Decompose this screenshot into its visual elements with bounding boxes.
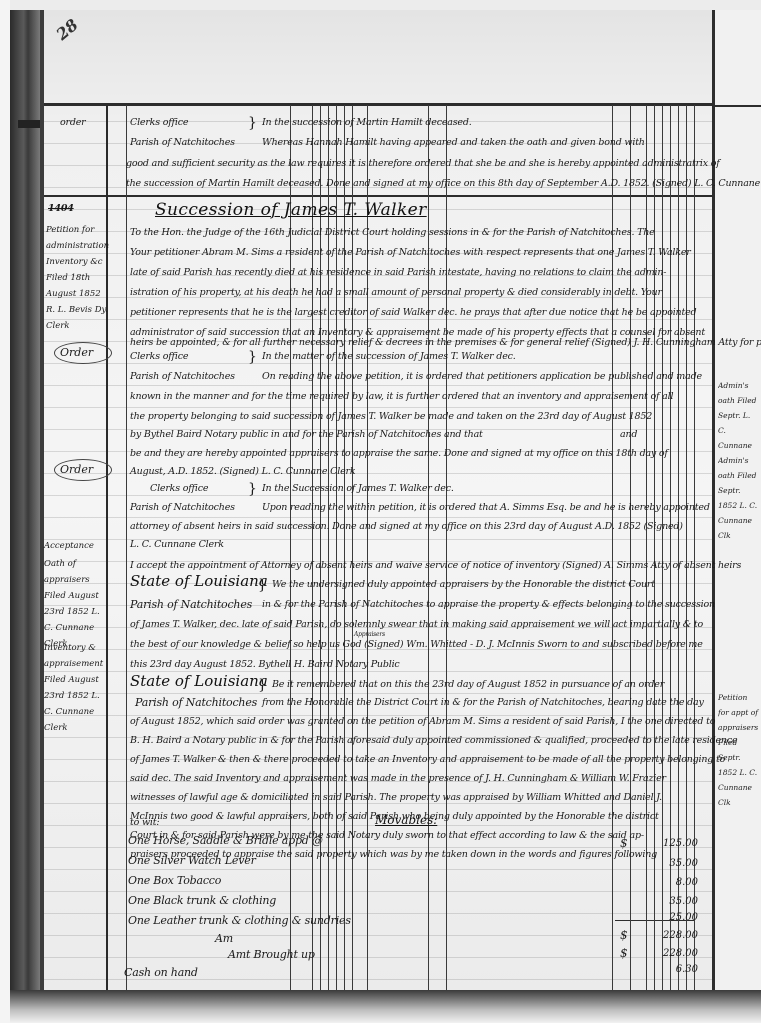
brought-up-label: Amt Brought up [228, 944, 315, 966]
oath-line: the best of our knowledge & belief so he… [130, 634, 703, 656]
order-oval [54, 459, 112, 481]
oath-line: of James T. Walker, dec. late of said Pa… [130, 614, 703, 636]
prior-left-2: Parish of Natchitoches [130, 132, 235, 154]
brace: } [248, 346, 257, 368]
facing-top-rule [712, 105, 761, 107]
prior-line-3: good and sufficient security as the law … [126, 153, 720, 175]
petition-line: istration of his property, at his death … [130, 282, 662, 304]
petition-line: late of said Parish has recently died at… [130, 262, 666, 284]
brace: } [258, 574, 267, 596]
inventory-item: One Box Tobacco [128, 870, 221, 892]
oath-parish: Parish of Natchitoches [130, 594, 252, 616]
cash-on-hand-label: Cash on hand [124, 962, 198, 984]
order-oval [54, 342, 112, 364]
item-amount: 35.00 [638, 858, 698, 869]
brace: } [248, 112, 257, 134]
order1-left-2: Parish of Natchitoches [130, 366, 235, 388]
oath-state: State of Louisiana [130, 572, 268, 590]
margin-note-petition: Petition for administration Inventory &c… [46, 222, 110, 334]
dollar-mark: $ [620, 928, 628, 942]
subtotal-amount: 228.00 [638, 930, 698, 941]
facing-page-note-oath: Admin's oath Filed Septr. L. C. Cunnane … [718, 378, 760, 543]
entry-number: 1404 [48, 198, 74, 220]
dollar-mark: $ [620, 946, 628, 960]
dollar-mark: $ [620, 836, 628, 850]
petition-line: To the Hon. the Judge of the 16th Judici… [130, 222, 655, 244]
oath-line: We the undersigned duly appointed apprai… [272, 574, 655, 596]
margin-note-oath: Oath of appraisers Filed August 23rd 185… [44, 556, 108, 652]
prior-line-4: the succession of Martin Hamilt deceased… [126, 173, 761, 195]
entry-title: Succession of James T. Walker [155, 200, 427, 220]
order2-line: L. C. Cunnane Clerk [130, 534, 224, 556]
inventory-state: State of Louisiana [130, 672, 268, 690]
oath-line: in & for the Parish of Natchitoches to a… [262, 594, 715, 616]
prior-line-1: In the succession of Martin Hamilt decea… [262, 112, 472, 134]
order1-line: On reading the above petition, it is ord… [262, 366, 702, 388]
page-bottom-shadow [10, 990, 761, 1023]
petition-line: petitioner represents that he is the lar… [130, 302, 696, 324]
left-margin-strip [0, 0, 10, 1023]
brace: } [248, 478, 257, 500]
prior-line-2: Whereas Hannah Hamilt having appeared an… [262, 132, 645, 154]
book-binding [10, 10, 40, 1010]
margin-column-rule-2 [126, 105, 127, 990]
order1-line: known in the manner and for the time req… [130, 386, 673, 408]
inventory-item: One Horse, Saddle & Bridle appd @ [128, 830, 323, 852]
cash-amount: 6.30 [638, 964, 698, 975]
item-amount: 8.00 [638, 877, 698, 888]
margin-label-order: order [60, 112, 86, 134]
petition-line: Your petitioner Abram M. Sims a resident… [130, 242, 691, 264]
order1-left-1: Clerks office [130, 346, 188, 368]
binding-band [18, 120, 40, 128]
inventory-item: One Black trunk & clothing [128, 890, 276, 912]
inventory-item: One Leather trunk & clothing & sundries [128, 910, 351, 932]
item-amount: 125.00 [638, 838, 698, 849]
prior-left-1: Clerks office [130, 112, 188, 134]
inventory-item: One Silver Watch Lever [128, 850, 256, 872]
order1-line: In the matter of the succession of James… [262, 346, 516, 368]
item-amount: 25.00 [638, 912, 698, 923]
margin-note-inventory: Inventory & appraisement Filed August 23… [44, 640, 108, 736]
margin-note-acceptance: Acceptance [44, 538, 108, 554]
item-amount: 35.00 [638, 896, 698, 907]
scanned-ledger-image: 28 order Clerks office } In the successi… [0, 0, 761, 1023]
facing-page-note-petition: Petition for appt of appraisers Filed Se… [718, 690, 760, 810]
brought-up-amount: 228.00 [638, 948, 698, 959]
movables-heading: Movables: [375, 813, 437, 827]
